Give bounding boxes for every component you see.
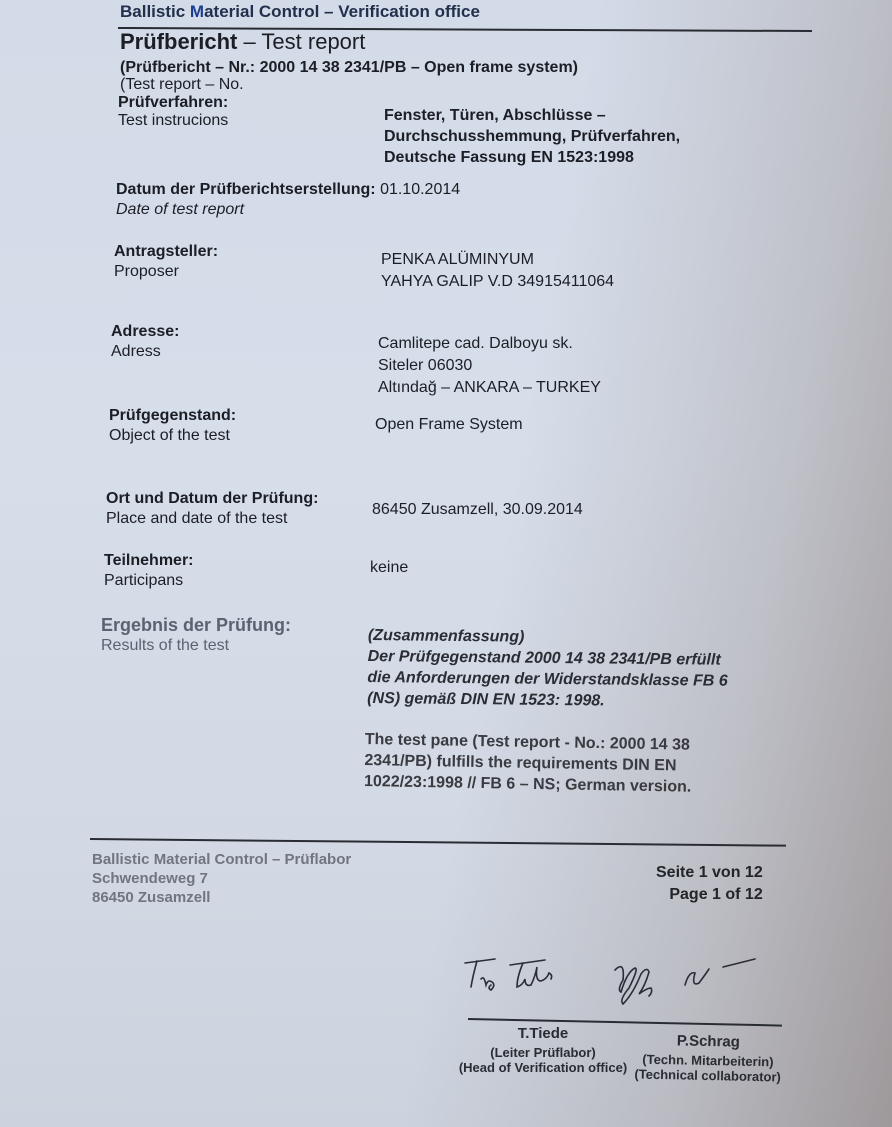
field-label-de: Ort und Datum der Prüfung: <box>106 490 318 508</box>
value-line: Siteler 06030 <box>378 355 601 377</box>
field-results-value-en: The test pane (Test report - No.: 2000 1… <box>364 729 692 798</box>
field-label-de: Antragsteller: <box>114 243 218 261</box>
field-label-en: Proposer <box>114 263 218 281</box>
field-test-object-value: Open Frame System <box>375 415 523 434</box>
report-number-de: (Prüfbericht – Nr.: 2000 14 38 2341/PB –… <box>120 59 578 77</box>
field-label-en: Object of the test <box>109 427 236 445</box>
field-results: Ergebnis der Prüfung: Results of the tes… <box>101 615 291 655</box>
value-line: PENKA ALÜMINYUM <box>381 249 614 271</box>
value-line: Durchschusshemmung, Prüfverfahren, <box>384 126 680 147</box>
page-number-de: Seite 1 von 12 <box>656 862 763 884</box>
field-label-en: Test instrucions <box>118 112 228 130</box>
signer-role-en: (Head of Verification office) <box>458 1060 628 1075</box>
field-proposer: Antragsteller: Proposer <box>114 243 218 281</box>
field-label-de: Teilnehmer: <box>104 552 194 570</box>
field-label-en: Date of test report <box>116 201 460 219</box>
footer-divider <box>90 838 786 847</box>
signer-name: P.Schrag <box>628 1032 788 1050</box>
footer-lab-address: Ballistic Material Control – Prüflabor S… <box>92 850 351 907</box>
title-en: Test report <box>261 29 365 54</box>
signer-role-en: (Technical collaborator) <box>628 1066 788 1084</box>
field-test-object: Prüfgegenstand: Object of the test <box>109 407 236 445</box>
signer-tiede: T.Tiede (Leiter Prüflabor) (Head of Veri… <box>458 1026 628 1075</box>
field-address: Adresse: Adress <box>111 323 179 361</box>
title-de: Prüfbericht <box>120 29 237 54</box>
field-place-date-value: 86450 Zusamzell, 30.09.2014 <box>372 500 583 519</box>
field-participants-value: keine <box>370 558 408 577</box>
field-results-value-de: (Zusammenfassung) Der Prüfgegenstand 200… <box>367 625 728 713</box>
value-line: Altındağ – ANKARA – TURKEY <box>378 377 601 399</box>
field-report-date: Datum der Prüfberichtserstellung: 01.10.… <box>116 180 460 219</box>
field-participants: Teilnehmer: Participans <box>104 552 194 590</box>
footer-city: 86450 Zusamzell <box>92 888 351 907</box>
handwritten-signature <box>455 945 775 1015</box>
page-number-en: Page 1 of 12 <box>656 884 763 906</box>
org-highlight: M <box>190 2 204 21</box>
field-label-en: Adress <box>111 343 179 361</box>
page-indicator: Seite 1 von 12 Page 1 of 12 <box>656 862 763 906</box>
field-label-en: Place and date of the test <box>106 510 318 528</box>
value-line: Fenster, Türen, Abschlüsse – <box>384 105 680 126</box>
field-value: 01.10.2014 <box>380 181 460 198</box>
footer-street: Schwendeweg 7 <box>92 869 351 888</box>
field-test-instructions-value: Fenster, Türen, Abschlüsse – Durchschuss… <box>384 105 680 168</box>
signer-schrag: P.Schrag (Techn. Mitarbeiterin) (Technic… <box>628 1032 789 1084</box>
report-number-en: (Test report – No. <box>120 76 244 94</box>
org-prefix: Ballistic <box>120 2 190 21</box>
field-label-de: Ergebnis der Prüfung: <box>101 615 291 636</box>
value-line: YAHYA GALIP V.D 34915411064 <box>381 271 614 293</box>
field-label-de: Prüfgegenstand: <box>109 407 236 425</box>
field-address-value: Camlitepe cad. Dalboyu sk. Siteler 06030… <box>378 333 601 399</box>
org-suffix: aterial Control – Verification office <box>204 2 480 21</box>
field-label-en: Results of the test <box>101 637 291 655</box>
signer-role-de: (Leiter Prüflabor) <box>458 1045 628 1060</box>
organization-header: Ballistic Material Control – Verificatio… <box>120 2 480 22</box>
value-line: Camlitepe cad. Dalboyu sk. <box>378 333 601 355</box>
footer-lab-name: Ballistic Material Control – Prüflabor <box>92 850 351 869</box>
field-label-en: Participans <box>104 572 194 590</box>
field-proposer-value: PENKA ALÜMINYUM YAHYA GALIP V.D 34915411… <box>381 249 614 293</box>
value-line: (NS) gemäß DIN EN 1523: 1998. <box>367 688 727 713</box>
field-place-date: Ort und Datum der Prüfung: Place and dat… <box>106 490 318 528</box>
field-label-de: Datum der Prüfberichtserstellung: <box>116 181 376 198</box>
field-test-instructions: Prüfverfahren: Test instrucions <box>118 94 228 130</box>
title-separator: – <box>237 29 261 54</box>
value-line: 1022/23:1998 // FB 6 – NS; German versio… <box>364 771 692 798</box>
value-line: Deutsche Fassung EN 1523:1998 <box>384 147 680 168</box>
field-label-de: Prüfverfahren: <box>118 94 228 112</box>
field-label-de: Adresse: <box>111 323 179 341</box>
report-title: Prüfbericht – Test report <box>120 29 365 55</box>
signer-name: T.Tiede <box>458 1026 628 1041</box>
